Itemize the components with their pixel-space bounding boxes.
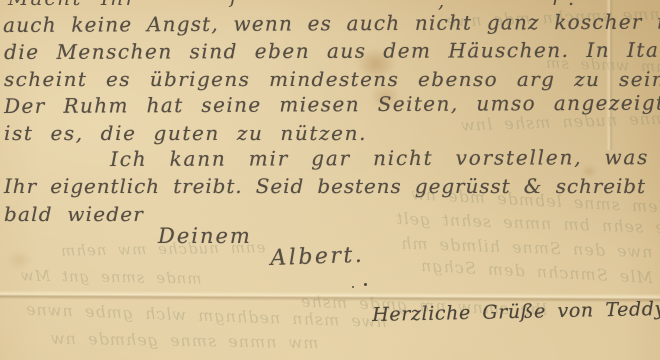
letter-line-4: Der Ruhm hat seine miesen Seiten, umso a…	[4, 90, 660, 118]
ink-speck	[352, 286, 354, 288]
bleedthrough-line: Mle Smnchn dem Schgn	[420, 256, 654, 287]
closing-line: Deinem	[158, 224, 252, 248]
letter-line-6: Ich kann mir gar nicht vorstellen, was	[110, 145, 649, 171]
cutoff-line-fragment: Macht Ihr	[8, 0, 137, 10]
bleedthrough-line: mw nmne smne gehmde nw	[50, 329, 319, 353]
letter-line-2: die Menschen sind eben aus dem Häuschen.…	[4, 38, 660, 64]
ink-speck	[364, 283, 367, 286]
cutoff-line-fragment: f	[230, 0, 237, 8]
letter-line-8: bald wieder	[4, 202, 144, 226]
letter-line-5: ist es, die guten zu nützen.	[4, 121, 367, 145]
bleedthrough-line: mnde smne gnt Mw	[20, 266, 202, 287]
letter-line-7: Ihr eigentlich treibt. Seid bestens gegr…	[4, 174, 646, 198]
signature: Albert.	[270, 243, 365, 271]
letter-page: nme smnchn mde nwe lnm wmde sm gmne nude…	[0, 0, 660, 360]
stain	[6, 250, 32, 270]
letter-line-1: auch keine Angst, wenn es auch nicht gan…	[3, 9, 660, 37]
letter-line-3: scheint es übrigens mindestens ebenso ar…	[4, 67, 660, 91]
cutoff-line-fragment: r .	[552, 0, 574, 10]
